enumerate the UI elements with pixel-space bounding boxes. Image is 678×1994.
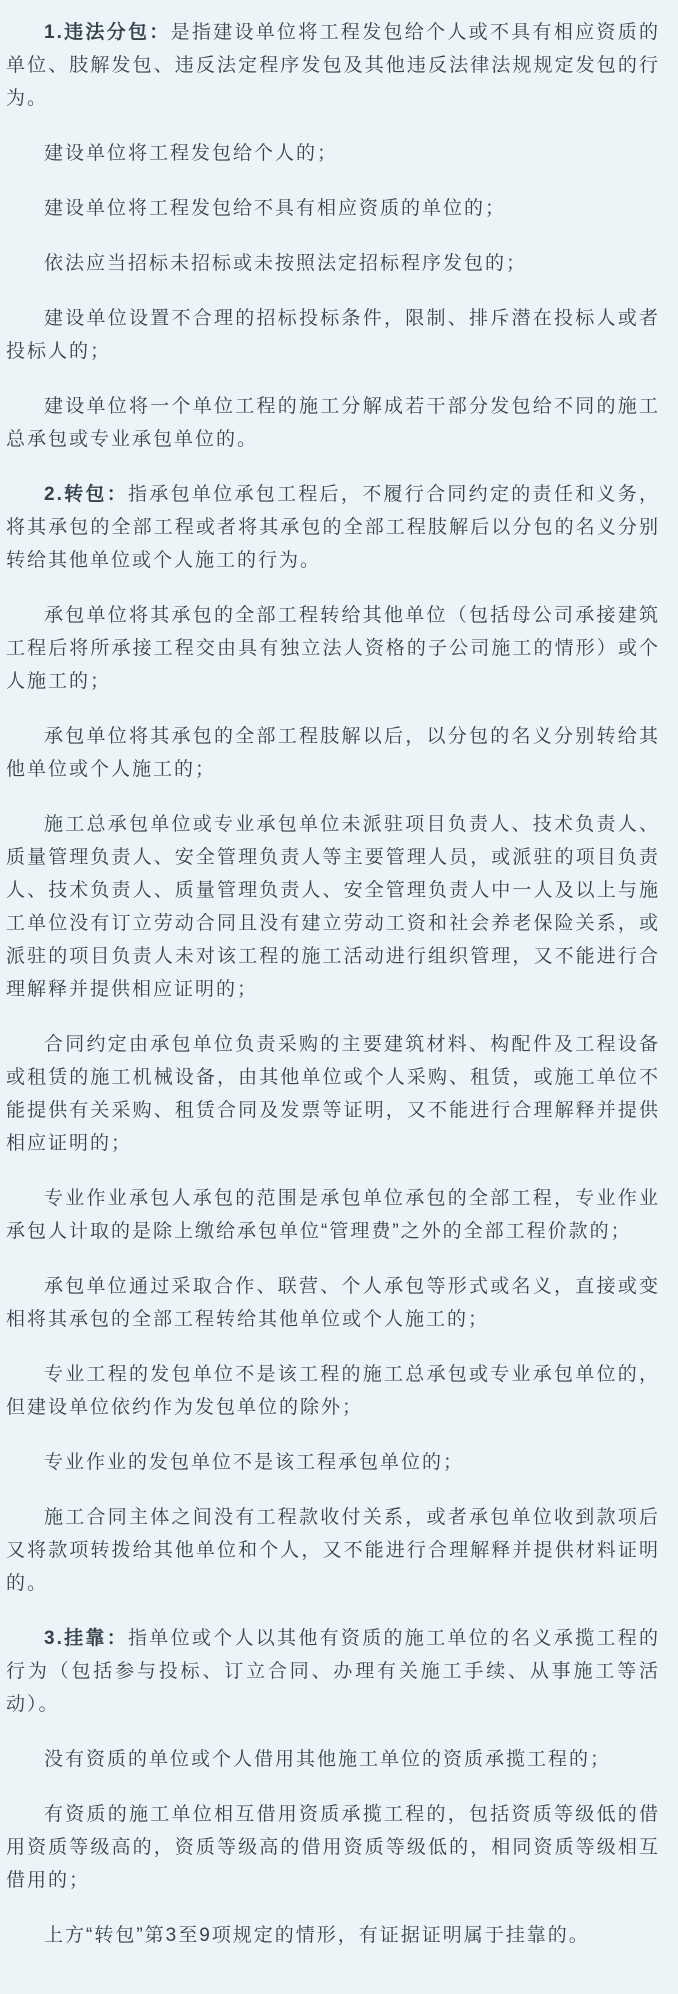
section-heading-paragraph: 3.挂靠：指单位或个人以其他有资质的施工单位的名义承揽工程的行为（包括参与投标、… [6,1622,660,1721]
section-term: 1.违法分包： [44,22,171,43]
section-heading-paragraph: 2.转包：指承包单位承包工程后，不履行合同约定的责任和义务，将其承包的全部工程或… [6,478,660,577]
paragraph: 上方“转包”第3至9项规定的情形，有证据证明属于挂靠的。 [6,1919,660,1952]
paragraph-text: 承包单位将其承包的全部工程转给其他单位（包括母公司承接建筑工程后将所承接工程交由… [6,605,660,692]
paragraph-text: 专业作业承包人承包的范围是承包单位承包的全部工程，专业作业承包人计取的是除上缴给… [6,1188,660,1242]
paragraph-text: 合同约定由承包单位负责采购的主要建筑材料、构配件及工程设备或租赁的施工机械设备，… [6,1034,660,1154]
paragraph-text: 建设单位将一个单位工程的施工分解成若干部分发包给不同的施工总承包或专业承包单位的… [6,396,660,450]
paragraph: 专业作业的发包单位不是该工程承包单位的； [6,1446,660,1479]
paragraph: 建设单位设置不合理的招标投标条件，限制、排斥潜在投标人或者投标人的； [6,302,660,368]
paragraph-text: 没有资质的单位或个人借用其他施工单位的资质承揽工程的； [44,1749,611,1770]
paragraph-text: 建设单位将工程发包给个人的； [44,143,338,164]
paragraph: 建设单位将工程发包给个人的； [6,137,660,170]
paragraph-text: 施工总承包单位或专业承包单位未派驻项目负责人、技术负责人、质量管理负责人、安全管… [6,814,660,1000]
paragraph-text: 专业工程的发包单位不是该工程的施工总承包或专业承包单位的，但建设单位依约作为发包… [6,1364,660,1418]
paragraph: 施工合同主体之间没有工程款收付关系，或者承包单位收到款项后又将款项转拨给其他单位… [6,1501,660,1600]
paragraph-text: 专业作业的发包单位不是该工程承包单位的； [44,1452,464,1473]
paragraph: 承包单位通过采取合作、联营、个人承包等形式或名义，直接或变相将其承包的全部工程转… [6,1270,660,1336]
paragraph: 专业作业承包人承包的范围是承包单位承包的全部工程，专业作业承包人计取的是除上缴给… [6,1182,660,1248]
paragraph: 承包单位将其承包的全部工程肢解以后，以分包的名义分别转给其他单位或个人施工的； [6,720,660,786]
paragraph: 没有资质的单位或个人借用其他施工单位的资质承揽工程的； [6,1743,660,1776]
paragraph: 建设单位将工程发包给不具有相应资质的单位的； [6,192,660,225]
paragraph-text: 承包单位将其承包的全部工程肢解以后，以分包的名义分别转给其他单位或个人施工的； [6,726,660,780]
paragraph-text: 建设单位设置不合理的招标投标条件，限制、排斥潜在投标人或者投标人的； [6,308,660,362]
paragraph-text: 上方“转包”第3至9项规定的情形，有证据证明属于挂靠的。 [44,1925,590,1946]
paragraph-text: 承包单位通过采取合作、联营、个人承包等形式或名义，直接或变相将其承包的全部工程转… [6,1276,660,1330]
paragraph: 依法应当招标未招标或未按照法定招标程序发包的； [6,247,660,280]
section-heading-paragraph: 1.违法分包：是指建设单位将工程发包给个人或不具有相应资质的单位、肢解发包、违反… [6,16,660,115]
paragraph-text: 有资质的施工单位相互借用资质承揽工程的，包括资质等级低的借用资质等级高的，资质等… [6,1804,660,1891]
paragraph: 承包单位将其承包的全部工程转给其他单位（包括母公司承接建筑工程后将所承接工程交由… [6,599,660,698]
paragraph: 合同约定由承包单位负责采购的主要建筑材料、构配件及工程设备或租赁的施工机械设备，… [6,1028,660,1160]
section-term: 2.转包： [44,484,128,505]
paragraph: 有资质的施工单位相互借用资质承揽工程的，包括资质等级低的借用资质等级高的，资质等… [6,1798,660,1897]
paragraph: 专业工程的发包单位不是该工程的施工总承包或专业承包单位的，但建设单位依约作为发包… [6,1358,660,1424]
paragraph-text: 施工合同主体之间没有工程款收付关系，或者承包单位收到款项后又将款项转拨给其他单位… [6,1507,660,1594]
paragraph: 建设单位将一个单位工程的施工分解成若干部分发包给不同的施工总承包或专业承包单位的… [6,390,660,456]
paragraph-text: 建设单位将工程发包给不具有相应资质的单位的； [44,198,506,219]
paragraph: 施工总承包单位或专业承包单位未派驻项目负责人、技术负责人、质量管理负责人、安全管… [6,808,660,1006]
paragraph-text: 依法应当招标未招标或未按照法定招标程序发包的； [44,253,527,274]
document-body: 1.违法分包：是指建设单位将工程发包给个人或不具有相应资质的单位、肢解发包、违反… [0,0,678,1994]
section-term: 3.挂靠： [44,1628,128,1649]
